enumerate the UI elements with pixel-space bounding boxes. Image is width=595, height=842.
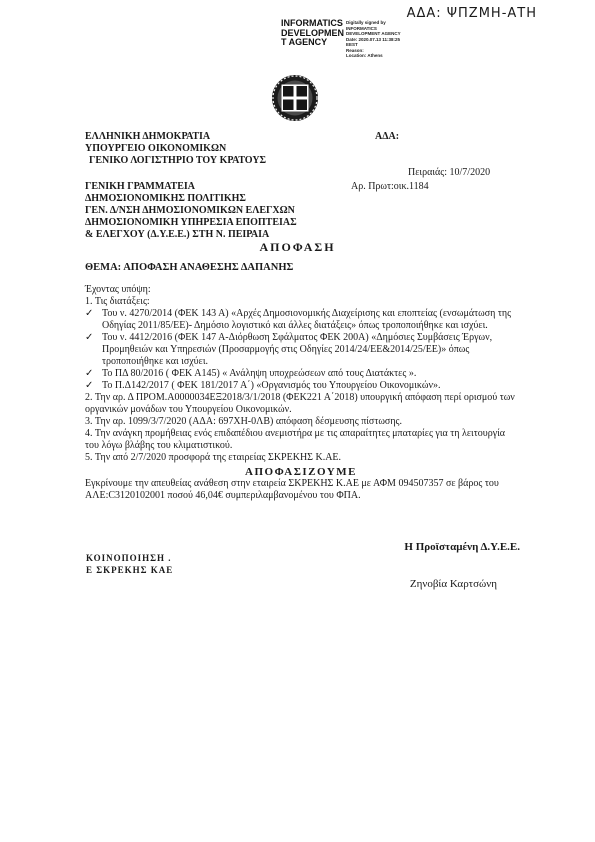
document-body: Έχοντας υπόψη: 1. Τις διατάξεις: ✓ Του ν… bbox=[85, 284, 517, 502]
numbered-item: 5. Την από 2/7/2020 προσφορά της εταιρεί… bbox=[85, 452, 517, 464]
decide-heading: ΑΠΟΦΑΣΙΖΟΥΜΕ bbox=[85, 466, 517, 478]
letterhead-line: ΓΕΝ. Δ/ΝΣΗ ΔΗΜΟΣΙΟΝΟΜΙΚΩΝ ΕΛΕΓΧΩΝ bbox=[85, 205, 510, 217]
having-regard-intro: Έχοντας υπόψη: bbox=[85, 284, 517, 296]
letterhead-line: ΓΕΝΙΚΟ ΛΟΓΙΣΤΗΡΙΟ ΤΟΥ ΚΡΑΤΟΥΣ bbox=[85, 155, 510, 167]
letterhead-line: ΕΛΛΗΝΙΚΗ ΔΗΜΟΚΡΑΤΙΑ bbox=[85, 131, 510, 143]
list-item: ✓ Το Π.Δ142/2017 ( ΦΕΚ 181/2017 Α΄) «Οργ… bbox=[85, 380, 517, 392]
stamp-signature-details: Digitally signed by INFORMATICS DEVELOPM… bbox=[346, 19, 401, 59]
greek-emblem-icon bbox=[270, 73, 320, 123]
list-item-text: Το ΠΔ 80/2016 ( ΦΕΚ Α145) « Ανάληψη υποχ… bbox=[102, 368, 517, 380]
ada-label: ΑΔΑ: bbox=[375, 131, 399, 143]
letterhead-line: ΔΗΜΟΣΙΟΝΟΜΙΚΗ ΥΠΗΡΕΣΙΑ ΕΠΟΠΤΕΙΑΣ bbox=[85, 217, 510, 229]
list-item: ✓ Του ν. 4270/2014 (ΦΕΚ 143 Α) «Αρχές Δη… bbox=[85, 308, 517, 332]
list-item: ✓ Του ν. 4412/2016 (ΦΕΚ 147 Α-Διόρθωση Σ… bbox=[85, 332, 517, 368]
list-item-text: Το Π.Δ142/2017 ( ΦΕΚ 181/2017 Α΄) «Οργαν… bbox=[102, 380, 517, 392]
check-icon: ✓ bbox=[85, 380, 102, 392]
numbered-item: 4. Την ανάγκη προμήθειας ενός επιδαπέδιο… bbox=[85, 428, 517, 452]
list-item: ✓ Το ΠΔ 80/2016 ( ΦΕΚ Α145) « Ανάληψη υπ… bbox=[85, 368, 517, 380]
letterhead-line: ΥΠΟΥΡΓΕΙΟ ΟΙΚΟΝΟΜΙΚΩΝ bbox=[85, 143, 510, 155]
numbered-item: 3. Την αρ. 1099/3/7/2020 (ΑΔΑ: 697ΧΗ-0ΛΒ… bbox=[85, 416, 517, 428]
signer-title: Η Προϊσταμένη Δ.Υ.Ε.Ε. bbox=[404, 541, 520, 553]
stamp-agency-name: INFORMATICS DEVELOPMEN T AGENCY bbox=[281, 19, 343, 59]
stamp-sig-line: DEVELOPMENT AGENCY bbox=[346, 31, 401, 37]
document-page: ΑΔΑ: ΨΠΖΜΗ-ΑΤΗ INFORMATICS DEVELOPMEN T … bbox=[0, 0, 595, 842]
subject-line: ΘΕΜΑ: ΑΠΟΦΑΣΗ ΑΝΑΘΕΣΗΣ ΔΑΠΑΝΗΣ bbox=[85, 262, 293, 273]
list-item-text: Του ν. 4270/2014 (ΦΕΚ 143 Α) «Αρχές Δημο… bbox=[102, 308, 517, 332]
numbered-item: 2. Την αρ. Δ ΠΡΟΜ.Α0000034ΕΞ2018/3/1/201… bbox=[85, 392, 517, 416]
ada-code-header: ΑΔΑ: ΨΠΖΜΗ-ΑΤΗ bbox=[0, 6, 537, 21]
check-icon: ✓ bbox=[85, 368, 102, 380]
check-icon: ✓ bbox=[85, 308, 102, 332]
cc-label: ΚΟΙΝΟΠΟΙΗΣΗ . bbox=[86, 553, 172, 563]
letterhead-line: ΔΗΜΟΣΙΟΝΟΜΙΚΗΣ ΠΟΛΙΤΙΚΗΣ bbox=[85, 193, 510, 205]
digital-signature-stamp: INFORMATICS DEVELOPMEN T AGENCY Digitall… bbox=[281, 19, 401, 59]
cc-recipient: Ε ΣΚΡΕΚΗΣ ΚΑΕ bbox=[86, 565, 173, 575]
stamp-agency-line: T AGENCY bbox=[281, 38, 343, 48]
decision-heading: ΑΠΟΦΑΣΗ bbox=[85, 240, 510, 255]
protocol-number: Αρ. Πρωτ:οικ.1184 bbox=[351, 181, 429, 193]
signer-name: Ζηνοβία Καρτσώνη bbox=[410, 578, 497, 590]
stamp-sig-line: Location: Athens bbox=[346, 53, 401, 59]
provisions-intro: 1. Τις διατάξεις: bbox=[85, 296, 517, 308]
decision-paragraph: Εγκρίνουμε την απευθείας ανάθεση στην ετ… bbox=[85, 478, 517, 502]
list-item-text: Του ν. 4412/2016 (ΦΕΚ 147 Α-Διόρθωση Σφά… bbox=[102, 332, 517, 368]
letterhead-line: ΓΕΝΙΚΗ ΓΡΑΜΜΑΤΕΙΑ bbox=[85, 181, 510, 193]
place-date: Πειραιάς: 10/7/2020 bbox=[408, 167, 490, 179]
check-icon: ✓ bbox=[85, 332, 102, 368]
